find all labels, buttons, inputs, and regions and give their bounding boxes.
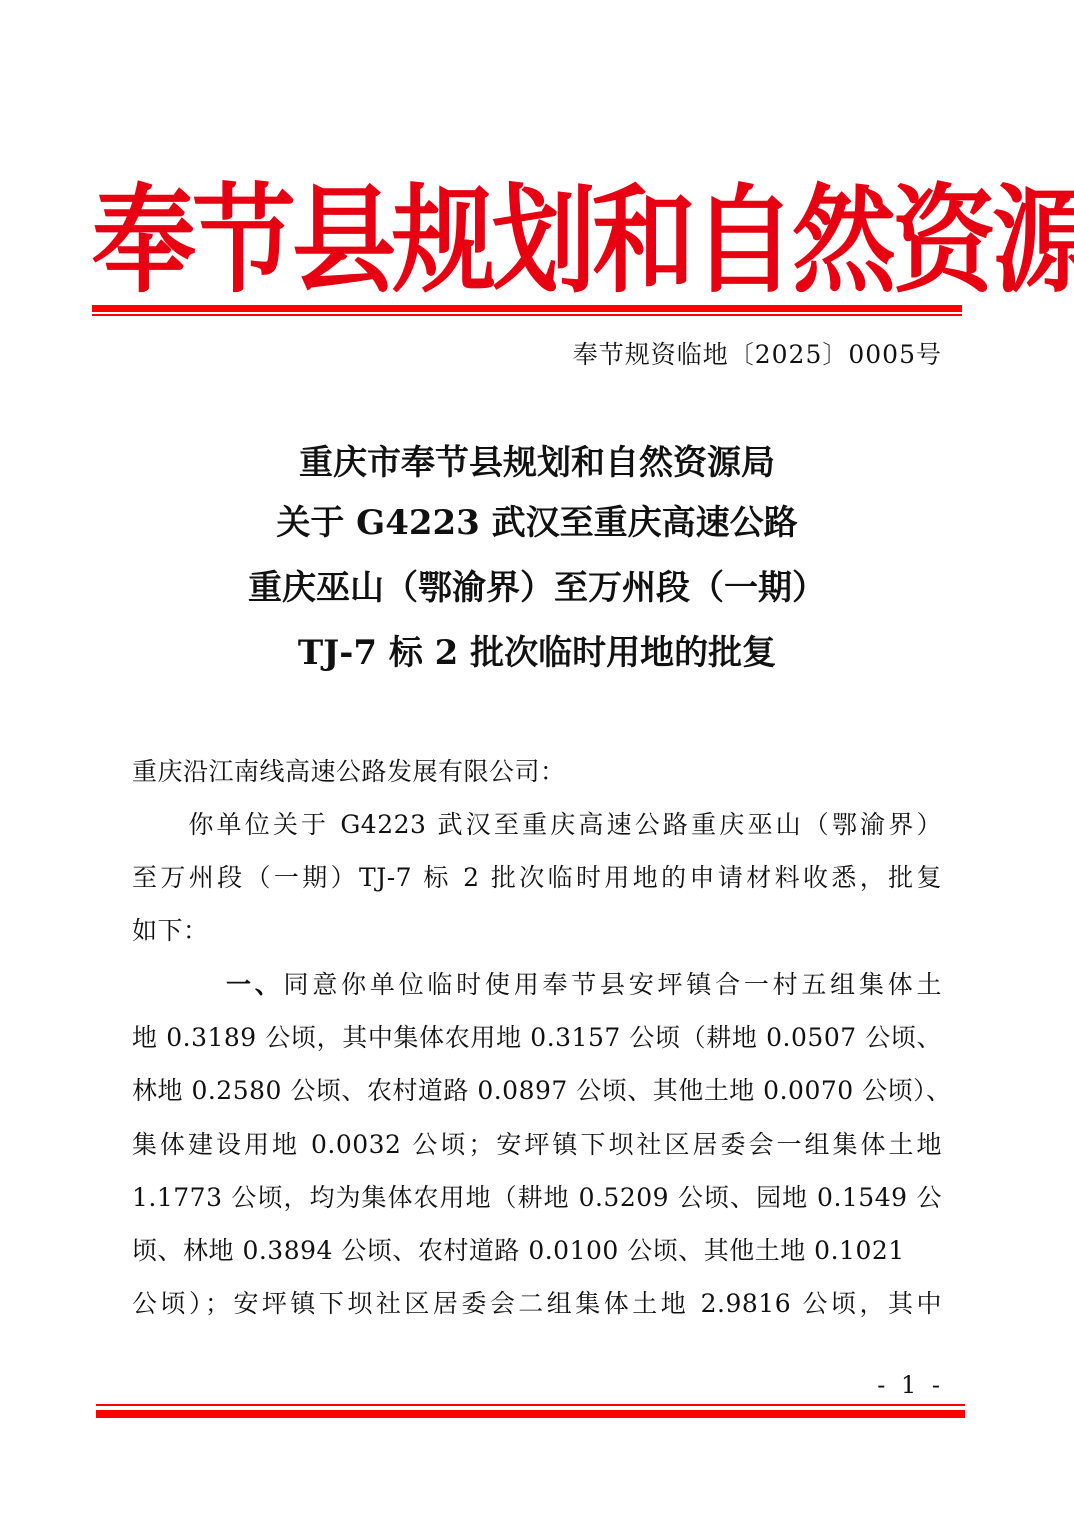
masthead-title: 奉节县规划和自然资源局 bbox=[92, 170, 962, 310]
body-line-1: 你单位关于 G4223 武汉至重庆高速公路重庆巫山（鄂渝界） bbox=[132, 808, 942, 842]
bottom-rule-thin bbox=[96, 1404, 965, 1406]
section-one-line-3: 林地 0.2580 公顷、农村道路 0.0897 公顷、其他土地 0.0070 … bbox=[132, 1074, 942, 1108]
title-line-2: 关于 G4223 武汉至重庆高速公路 bbox=[0, 503, 1074, 543]
bottom-rule-thick bbox=[96, 1410, 965, 1418]
section-one-first-line: 一、同意你单位临时使用奉节县安坪镇合一村五组集体土 bbox=[132, 968, 942, 1002]
section-one-line-7: 公顷）；安坪镇下坝社区居委会二组集体土地 2.9816 公顷，其中 bbox=[132, 1287, 942, 1321]
document-number: 奉节规资临地〔2025〕0005号 bbox=[573, 338, 942, 372]
section-one-line-5: 1.1773 公顷，均为集体农用地（耕地 0.5209 公顷、园地 0.1549… bbox=[132, 1181, 942, 1215]
body-line-3: 如下： bbox=[132, 914, 942, 948]
addressee: 重庆沿江南线高速公路发展有限公司： bbox=[132, 755, 942, 789]
page-number: - 1 - bbox=[877, 1370, 944, 1400]
top-rule-thin bbox=[92, 314, 962, 316]
body-line-2: 至万州段（一期）TJ-7 标 2 批次临时用地的申请材料收悉，批复 bbox=[132, 861, 942, 895]
section-one-line-2: 地 0.3189 公顷，其中集体农用地 0.3157 公顷（耕地 0.0507 … bbox=[132, 1021, 942, 1055]
section-one-first-line-text: 同意你单位临时使用奉节县安坪镇合一村五组集体土 bbox=[284, 970, 942, 999]
title-line-3: 重庆巫山（鄂渝界）至万州段（一期） bbox=[0, 568, 1074, 608]
section-one-line-6: 顷、林地 0.3894 公顷、农村道路 0.0100 公顷、其他土地 0.102… bbox=[132, 1234, 942, 1268]
title-line-4: TJ-7 标 2 批次临时用地的批复 bbox=[0, 633, 1074, 673]
section-one-lead: 一、 bbox=[226, 970, 284, 999]
title-line-1: 重庆市奉节县规划和自然资源局 bbox=[0, 443, 1074, 483]
section-one-line-4: 集体建设用地 0.0032 公顷；安坪镇下坝社区居委会一组集体土地 bbox=[132, 1128, 942, 1162]
top-rule-thick bbox=[92, 305, 962, 312]
